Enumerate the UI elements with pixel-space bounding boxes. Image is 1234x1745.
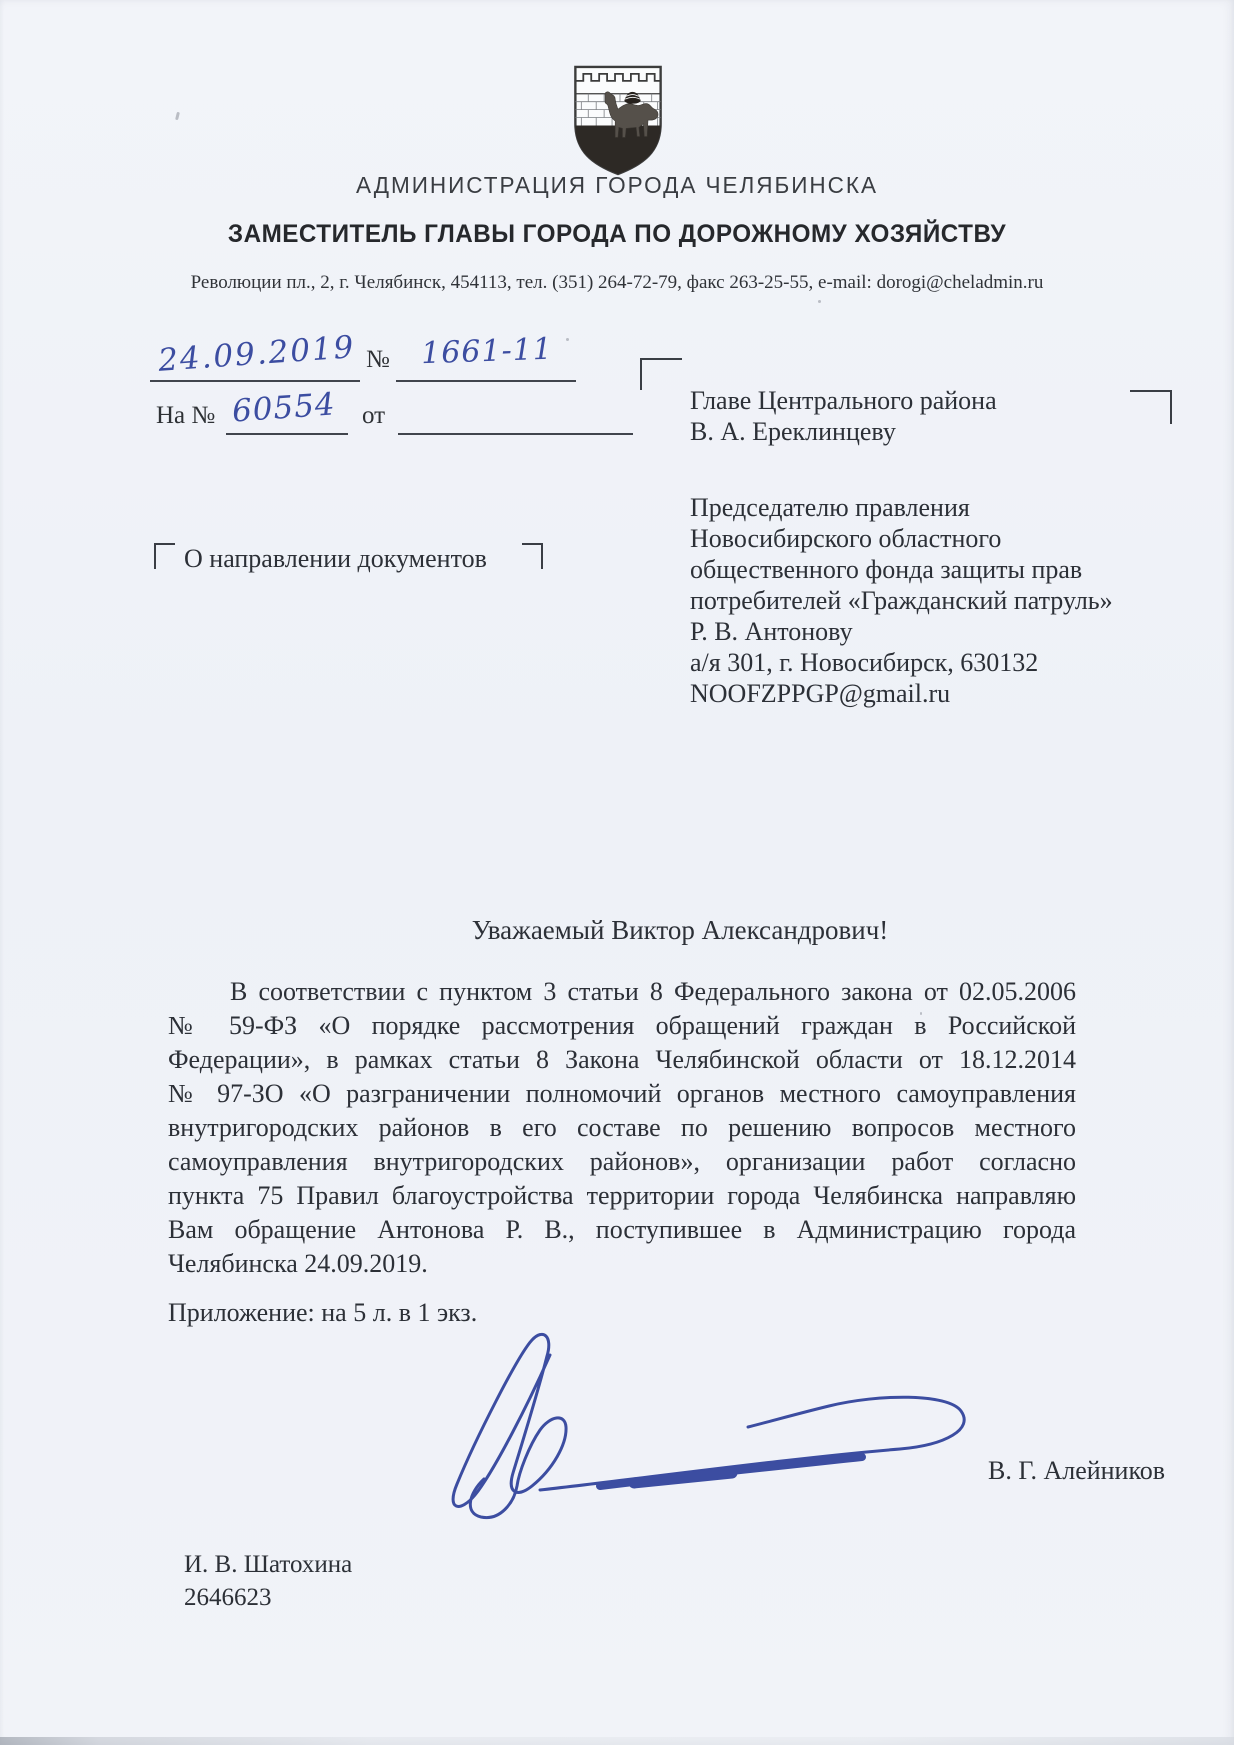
body-line: Челябинска 24.09.2019. — [168, 1247, 1076, 1281]
scan-speck — [818, 300, 821, 303]
body-line: Вам обращение Антонова Р. В., поступивше… — [168, 1213, 1076, 1247]
signature-ink — [400, 1330, 1020, 1530]
recipient-line: а/я 301, г. Новосибирск, 630132 — [690, 647, 1160, 678]
recipient-line: потребителей «Гражданский патруль» — [690, 585, 1160, 616]
outgoing-date-handwritten: 24.09.2019 — [157, 329, 357, 379]
recipient-line: NOOFZPPGP@gmail.ru — [690, 678, 1160, 709]
coat-of-arms-icon — [568, 64, 668, 178]
body-line: внутригородских районов в его составе по… — [168, 1111, 1076, 1145]
reply-to-number-label: На № — [156, 402, 215, 430]
body-line: пункта 75 Правил благоустройства террито… — [168, 1179, 1076, 1213]
department-title: ЗАМЕСТИТЕЛЬ ГЛАВЫ ГОРОДА ПО ДОРОЖНОМУ ХО… — [19, 220, 1216, 249]
executor-phone: 2646623 — [184, 1581, 352, 1614]
recipient-block-primary: Главе Центрального районаВ. А. Ереклинце… — [690, 385, 1150, 447]
recipient-line: Главе Центрального района — [690, 385, 1150, 416]
body-paragraph: В соответствии с пунктом 3 статьи 8 Феде… — [168, 975, 1076, 1281]
body-line: № 59-ФЗ «О порядке рассмотрения обращени… — [168, 1009, 1076, 1043]
date-underline — [150, 380, 360, 382]
contact-info: Революции пл., 2, г. Челябинск, 454113, … — [0, 272, 1234, 294]
body-line: самоуправления внутригородских районов»,… — [168, 1145, 1076, 1179]
subject-corner-mark-left — [154, 543, 175, 569]
recipient-line: Председателю правления — [690, 492, 1160, 523]
body-line: В соответствии с пунктом 3 статьи 8 Феде… — [168, 975, 1076, 1009]
scan-edge — [0, 1737, 1234, 1745]
recipient-line: В. А. Ереклинцеву — [690, 416, 1150, 447]
executor-name: И. В. Шатохина — [184, 1548, 352, 1581]
body-line: № 97-ЗО «О разграничении полномочий орга… — [168, 1077, 1076, 1111]
recipient-line: Р. В. Антонову — [690, 616, 1160, 647]
subject-line: О направлении документов — [184, 544, 487, 574]
number-sign-label: № — [366, 346, 390, 374]
salutation: Уважаемый Виктор Александрович! — [160, 915, 1140, 946]
recipient-corner-mark-left — [640, 358, 682, 390]
body-line: Федерации», в рамках статьи 8 Закона Чел… — [168, 1043, 1076, 1077]
scan-speck — [920, 1012, 922, 1015]
number-underline — [396, 380, 576, 382]
signer-name: В. Г. Алейников — [988, 1456, 1165, 1486]
reply-to-number-handwritten: 60554 — [231, 386, 337, 429]
attachment-note: Приложение: на 5 л. в 1 экз. — [168, 1298, 477, 1328]
letter-page: АДМИНИСТРАЦИЯ ГОРОДА ЧЕЛЯБИНСКА ЗАМЕСТИТ… — [0, 0, 1234, 1745]
executor-block: И. В. Шатохина 2646623 — [184, 1548, 352, 1614]
recipient-line: Новосибирского областного — [690, 523, 1160, 554]
reply-date-underline — [398, 433, 633, 435]
recipient-line: общественного фонда защиты прав — [690, 554, 1160, 585]
organization-name: АДМИНИСТРАЦИЯ ГОРОДА ЧЕЛЯБИНСКА — [12, 172, 1221, 199]
reply-date-label: от — [362, 402, 385, 430]
recipient-block-secondary: Председателю правленияНовосибирского обл… — [690, 492, 1160, 709]
outgoing-number-handwritten: 1661-11 — [401, 331, 572, 372]
scan-speck — [175, 112, 180, 120]
scan-speck — [566, 338, 569, 341]
subject-corner-mark-right — [522, 543, 543, 569]
reply-number-underline — [226, 433, 348, 435]
